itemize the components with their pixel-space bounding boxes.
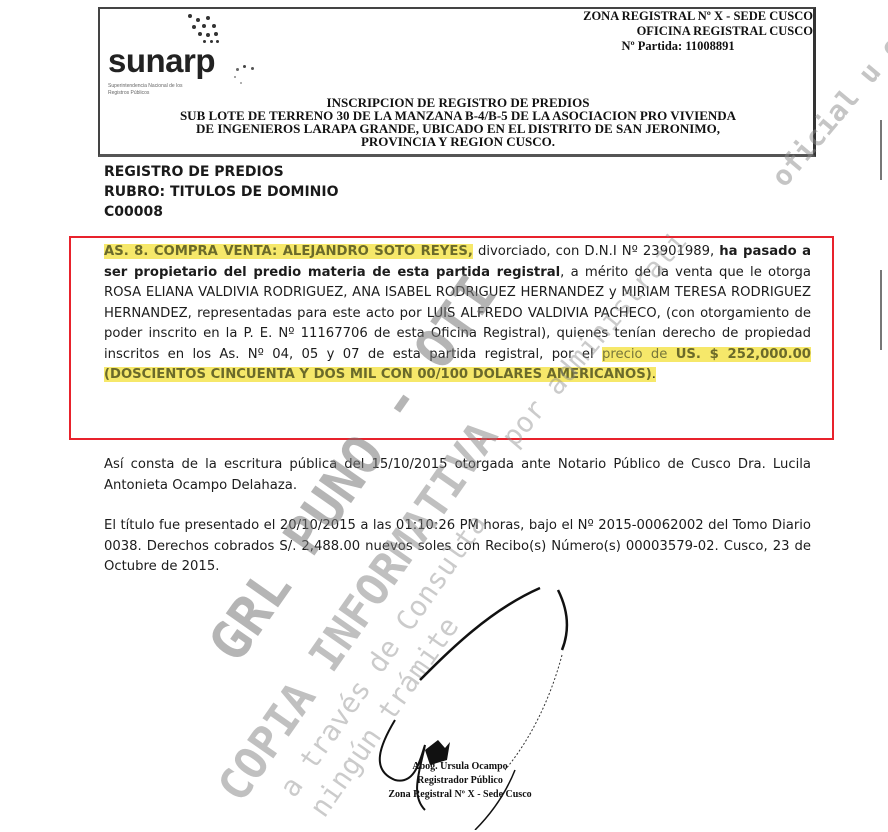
registry-rubro: RUBRO: TITULOS DE DOMINIO (104, 182, 338, 202)
stamp-title: Registrador Público (360, 774, 560, 788)
logo-subtitle: Superintendencia Nacional de los Registr… (108, 83, 188, 97)
registrar-stamp: Abog. Ursula Ocampo Registrador Público … (360, 760, 560, 802)
office-line: OFICINA REGISTRAL CUSCO (583, 24, 813, 39)
registry-code: C00008 (104, 202, 338, 222)
stamp-name: Abog. Ursula Ocampo (360, 760, 560, 774)
logo-wordmark: sunarp (108, 42, 215, 80)
zone-line: ZONA REGISTRAL Nº X - SEDE CUSCO (583, 9, 813, 24)
title-line: PROVINCIA Y REGION CUSCO. (100, 135, 816, 148)
registry-section: REGISTRO DE PREDIOS RUBRO: TITULOS DE DO… (104, 162, 338, 222)
registry-type: REGISTRO DE PREDIOS (104, 162, 338, 182)
sunarp-logo: sunarp Superintendencia Nacional de los … (106, 12, 276, 97)
price-prefix: precio de (602, 347, 676, 362)
partida-number: 11008891 (685, 39, 734, 53)
document-title: INSCRIPCION DE REGISTRO DE PREDIOS SUB L… (100, 96, 816, 148)
registry-zone-info: ZONA REGISTRAL Nº X - SEDE CUSCO OFICINA… (583, 9, 813, 54)
partida-line: Nº Partida: 11008891 (583, 39, 813, 54)
page-edge-marks (880, 80, 883, 390)
stamp-zone: Zona Registral Nº X - Sede Cusco (360, 788, 560, 802)
price-suffix: . (652, 367, 656, 382)
entry-heading: AS. 8. COMPRA VENTA: ALEJANDRO SOTO REYE… (104, 244, 473, 259)
document-page: sunarp Superintendencia Nacional de los … (0, 0, 888, 832)
partida-label: Nº Partida: (621, 39, 682, 53)
